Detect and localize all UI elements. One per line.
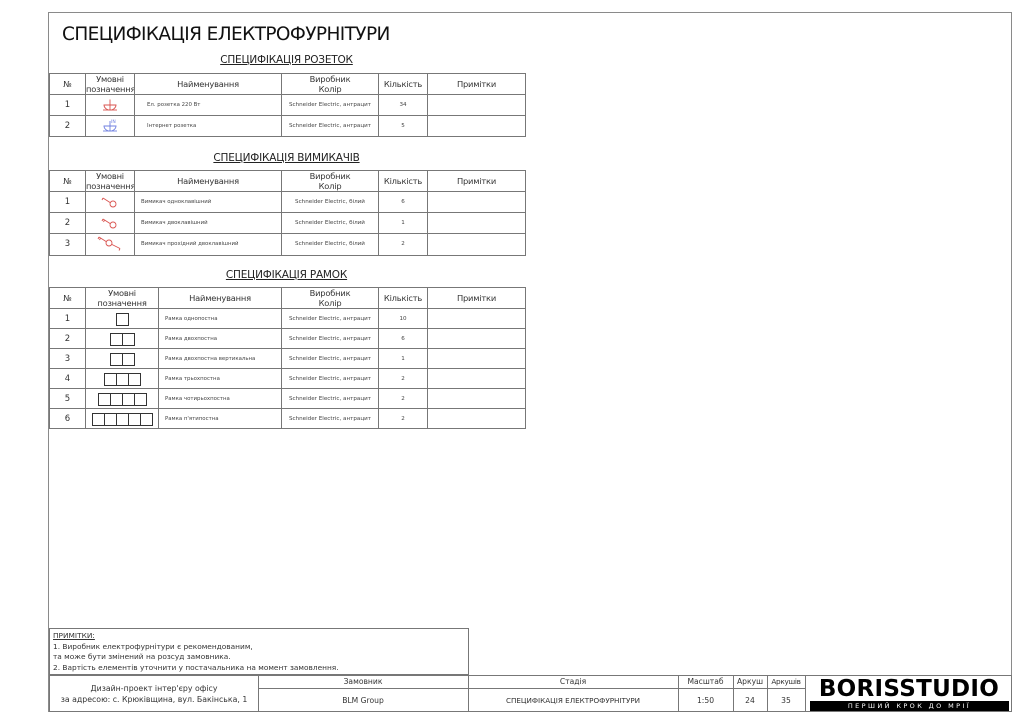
table-header-row: № Умовніпозначення Найменування Виробник…: [50, 171, 526, 192]
item-quantity: 1: [379, 213, 428, 234]
symbol-cell: [86, 234, 135, 256]
item-maker: Schneider Electric, білий: [282, 192, 379, 213]
frame-1-post-icon: [116, 313, 129, 326]
studio-logo: BORISSTUDIO ПЕРШИЙ КРОК ДО МРІЇ: [805, 675, 1012, 712]
item-name: Рамка трьохпостна: [159, 369, 282, 389]
row-number: 2: [50, 116, 86, 137]
row-number: 2: [50, 213, 86, 234]
item-maker: Schneider Electric, антрацит: [282, 95, 379, 116]
client-value: BLM Group: [258, 689, 468, 712]
internet-socket-icon: IN: [102, 117, 118, 136]
item-name: Рамка однопостна: [159, 309, 282, 329]
logo-brand: BORISSTUDIO: [809, 677, 1009, 701]
item-notes: [428, 349, 526, 369]
header-name: Найменування: [135, 74, 282, 95]
notes-box: ПРИМІТКИ: 1. Виробник електрофурнітури є…: [49, 628, 469, 675]
frames-table: № Умовніпозначення Найменування Виробник…: [49, 287, 526, 429]
scale-label: Масштаб: [678, 676, 733, 689]
row-number: 2: [50, 329, 86, 349]
sheets-label: Аркушів: [767, 676, 805, 689]
sockets-table: № Умовніпозначення Найменування Виробник…: [49, 73, 526, 137]
sheet-label: Аркуш: [733, 676, 767, 689]
title-block-sheet: Аркуш 24: [733, 675, 768, 712]
item-notes: [428, 409, 526, 429]
row-number: 1: [50, 192, 86, 213]
note-line: 1. Виробник електрофурнітури є рекомендо…: [53, 642, 465, 653]
item-maker: Schneider Electric, білий: [282, 213, 379, 234]
frame-5-post-icon: [92, 413, 153, 426]
item-quantity: 5: [379, 116, 428, 137]
item-quantity: 2: [379, 409, 428, 429]
stage-value: СПЕЦИФІКАЦІЯ ЕЛЕКТРОФУРНІТУРИ: [468, 689, 678, 712]
item-quantity: 2: [379, 234, 428, 256]
symbol-cell: [86, 369, 159, 389]
header-qty: Кількість: [379, 74, 428, 95]
table-header-row: № Умовніпозначення Найменування Виробник…: [50, 288, 526, 309]
table-row: 1Рамка однопостнаSchneider Electric, ант…: [50, 309, 526, 329]
pass-through-switch-icon: [97, 235, 123, 255]
table-row: 2INІнтернет розеткаSchneider Electric, а…: [50, 116, 526, 137]
item-notes: [428, 116, 526, 137]
symbol-cell: [86, 409, 159, 429]
item-notes: [428, 329, 526, 349]
table-row: 3Вимикач прохідний двоклавішнийSchneider…: [50, 234, 526, 256]
header-notes: Примітки: [428, 171, 526, 192]
item-quantity: 34: [379, 95, 428, 116]
row-number: 6: [50, 409, 86, 429]
project-line: Дизайн-проект інтер'єру офісу: [50, 683, 258, 694]
page-title: СПЕЦИФІКАЦІЯ ЕЛЕКТРОФУРНІТУРИ: [62, 24, 390, 45]
item-quantity: 1: [379, 349, 428, 369]
row-number: 1: [50, 309, 86, 329]
item-maker: Schneider Electric, антрацит: [282, 329, 379, 349]
header-symbol: Умовніпозначення: [86, 288, 159, 309]
title-block-scale: Масштаб 1:50: [678, 675, 734, 712]
item-notes: [428, 389, 526, 409]
item-name: Вимикач одноклавішний: [135, 192, 282, 213]
symbol-cell: IN: [86, 116, 135, 137]
item-maker: Schneider Electric, антрацит: [282, 116, 379, 137]
item-name: Вимикач двоклавішний: [135, 213, 282, 234]
item-notes: [428, 213, 526, 234]
stage-label: Стадія: [468, 676, 678, 689]
sheets-value: 35: [767, 689, 805, 712]
symbol-cell: [86, 309, 159, 329]
item-name: Рамка двохпостна вертикальна: [159, 349, 282, 369]
item-maker: Schneider Electric, антрацит: [282, 409, 379, 429]
header-num: №: [50, 288, 86, 309]
header-name: Найменування: [159, 288, 282, 309]
frame-3-post-icon: [104, 373, 141, 386]
symbol-cell: [86, 329, 159, 349]
table-row: 1Ел. розетка 220 ВтSchneider Electric, а…: [50, 95, 526, 116]
item-quantity: 2: [379, 389, 428, 409]
row-number: 3: [50, 349, 86, 369]
header-num: №: [50, 74, 86, 95]
switches-section-title: СПЕЦИФІКАЦІЯ ВИМИКАЧІВ: [49, 152, 524, 164]
table-row: 2Вимикач двоклавішнийSchneider Electric,…: [50, 213, 526, 234]
row-number: 3: [50, 234, 86, 256]
item-maker: Schneider Electric, білий: [282, 234, 379, 256]
table-row: 6Рамка п'ятипостнаSchneider Electric, ан…: [50, 409, 526, 429]
item-notes: [428, 95, 526, 116]
item-name: Вимикач прохідний двоклавішний: [135, 234, 282, 256]
item-quantity: 10: [379, 309, 428, 329]
row-number: 4: [50, 369, 86, 389]
sockets-section-title: СПЕЦИФІКАЦІЯ РОЗЕТОК: [49, 54, 524, 66]
symbol-cell: [86, 389, 159, 409]
header-qty: Кількість: [379, 288, 428, 309]
table-row: 3Рамка двохпостна вертикальнаSchneider E…: [50, 349, 526, 369]
header-maker: ВиробникКолір: [282, 171, 379, 192]
item-maker: Schneider Electric, антрацит: [282, 389, 379, 409]
item-notes: [428, 369, 526, 389]
logo-slogan: ПЕРШИЙ КРОК ДО МРІЇ: [810, 701, 1009, 711]
table-row: 1Вимикач одноклавішнийSchneider Electric…: [50, 192, 526, 213]
title-block-sheets: Аркушів 35: [767, 675, 806, 712]
symbol-cell: [86, 213, 135, 234]
sheet-value: 24: [733, 689, 767, 712]
header-notes: Примітки: [428, 74, 526, 95]
header-notes: Примітки: [428, 288, 526, 309]
frame-2-post-icon: [110, 333, 135, 346]
client-label: Замовник: [258, 676, 468, 689]
header-maker: ВиробникКолір: [282, 74, 379, 95]
item-maker: Schneider Electric, антрацит: [282, 369, 379, 389]
item-name: Ел. розетка 220 Вт: [135, 95, 282, 116]
switches-table: № Умовніпозначення Найменування Виробник…: [49, 170, 526, 256]
header-qty: Кількість: [379, 171, 428, 192]
item-name: Інтернет розетка: [135, 116, 282, 137]
item-notes: [428, 309, 526, 329]
table-row: 4Рамка трьохпостнаSchneider Electric, ан…: [50, 369, 526, 389]
header-maker: ВиробникКолір: [282, 288, 379, 309]
item-quantity: 6: [379, 192, 428, 213]
title-block-stage: Стадія СПЕЦИФІКАЦІЯ ЕЛЕКТРОФУРНІТУРИ: [468, 675, 679, 712]
item-quantity: 2: [379, 369, 428, 389]
header-symbol: Умовніпозначення: [86, 171, 135, 192]
project-address: за адресою: с. Крюківщина, вул. Бакінськ…: [50, 694, 258, 705]
title-block-client: Замовник BLM Group: [258, 675, 469, 712]
frame-4-post-icon: [98, 393, 147, 406]
table-header-row: № Умовніпозначення Найменування Виробник…: [50, 74, 526, 95]
item-notes: [428, 192, 526, 213]
item-name: Рамка двохпостна: [159, 329, 282, 349]
item-maker: Schneider Electric, антрацит: [282, 309, 379, 329]
note-line: 2. Вартість елементів уточнити у постача…: [53, 663, 465, 674]
row-number: 5: [50, 389, 86, 409]
power-socket-icon: [102, 96, 118, 115]
symbol-cell: [86, 95, 135, 116]
frame-2-post-icon: [110, 353, 135, 366]
item-notes: [428, 234, 526, 256]
item-name: Рамка п'ятипостна: [159, 409, 282, 429]
table-row: 2Рамка двохпостнаSchneider Electric, ант…: [50, 329, 526, 349]
frames-section-title: СПЕЦИФІКАЦІЯ РАМОК: [49, 269, 524, 281]
header-num: №: [50, 171, 86, 192]
double-switch-icon: [101, 214, 119, 233]
symbol-cell: [86, 192, 135, 213]
item-name: Рамка чотирьохпостна: [159, 389, 282, 409]
table-row: 5Рамка чотирьохпостнаSchneider Electric,…: [50, 389, 526, 409]
header-symbol: Умовніпозначення: [86, 74, 135, 95]
note-line: та може бути змінений на розсуд замовник…: [53, 652, 465, 663]
header-name: Найменування: [135, 171, 282, 192]
symbol-cell: [86, 349, 159, 369]
item-maker: Schneider Electric, антрацит: [282, 349, 379, 369]
title-block-project: Дизайн-проект інтер'єру офісу за адресою…: [49, 675, 259, 712]
svg-text:IN: IN: [111, 119, 116, 125]
notes-title: ПРИМІТКИ:: [53, 631, 465, 642]
scale-value: 1:50: [678, 689, 733, 712]
item-quantity: 6: [379, 329, 428, 349]
single-switch-icon: [101, 193, 119, 212]
row-number: 1: [50, 95, 86, 116]
